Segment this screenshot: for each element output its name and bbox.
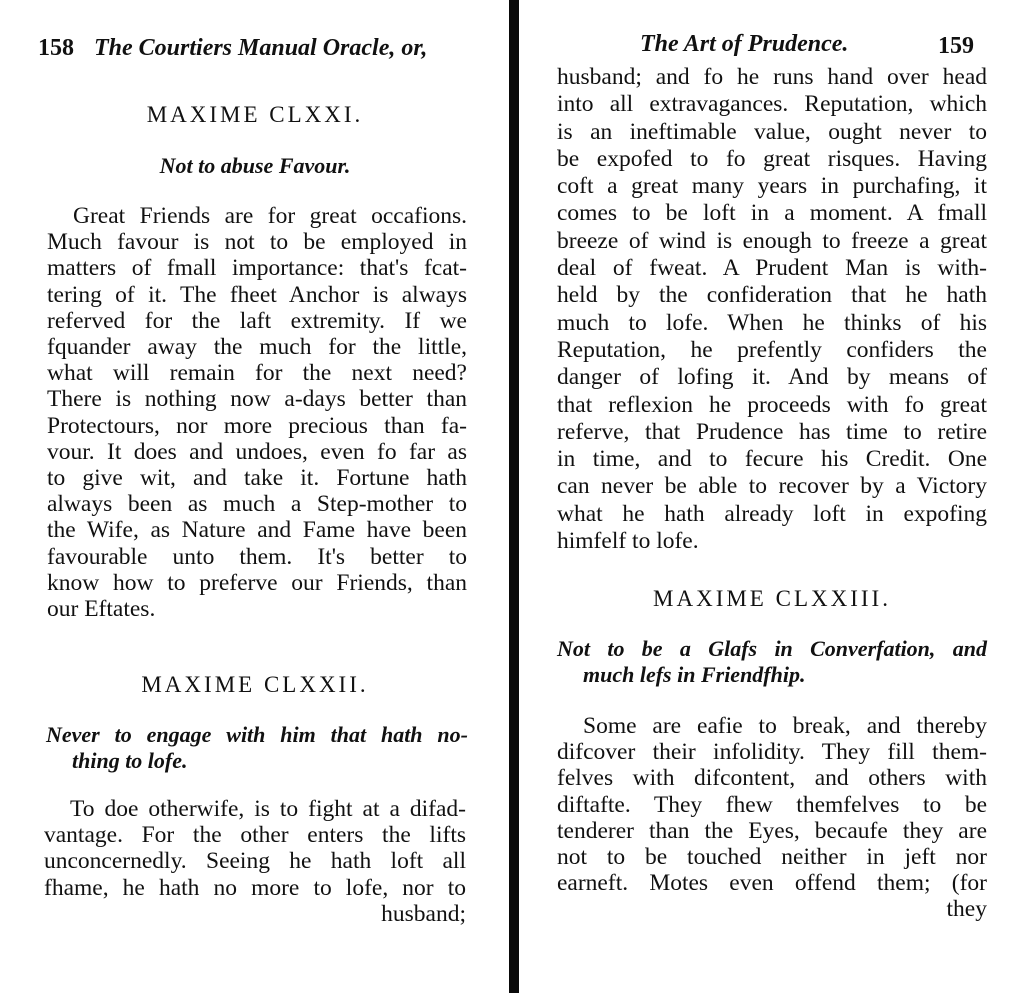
text-line: unconcernedly. Seeing he hath loft all <box>44 848 466 874</box>
text-line: to give wit, and take it. Fortune hath <box>47 465 467 491</box>
page-number-left: 158 <box>38 35 74 61</box>
text-line: not to be touched neither in jeft nor <box>557 844 987 870</box>
text-line: fhame, he hath no more to lofe, nor to <box>44 875 466 901</box>
text-line: vour. It does and undoes, even fo far as <box>47 439 467 465</box>
maxim-173-heading: MAXIME CLXXIII. <box>520 586 1024 612</box>
maxim-173-subtitle: Not to be a Glafs in Converfation, and m… <box>557 636 987 688</box>
maxim-172-body: To doe otherwife, is to fight at a difad… <box>44 796 466 927</box>
text-line: Some are eafie to break, and thereby <box>557 713 987 739</box>
text-line: the Wife, as Nature and Fame have been <box>47 517 467 543</box>
book-gutter <box>509 0 519 993</box>
running-title-right: The Art of Prudence. <box>640 31 848 57</box>
text-line: referve, that Prudence has time to retir… <box>557 419 987 446</box>
subtitle-line: thing to lofe. <box>46 748 468 774</box>
text-line: breeze of wind is enough to freeze a gre… <box>557 228 987 255</box>
text-line: danger of lofing it. And by means of <box>557 364 987 391</box>
text-line: fquander away the much for the little, <box>47 334 467 360</box>
text-line: be expofed to fo great risques. Having <box>557 146 987 173</box>
left-page: 158 The Courtiers Manual Oracle, or, MAX… <box>0 0 510 993</box>
text-line: held by the confideration that he hath <box>557 282 987 309</box>
text-line: comes to be loft in a moment. A fmall <box>557 200 987 227</box>
running-title-left: The Courtiers Manual Oracle, or, <box>94 35 427 61</box>
text-line: Reputation, he prefently confiders the <box>557 337 987 364</box>
text-line: is an ineftimable value, ought never to <box>557 119 987 146</box>
subtitle-line: Not to be a Glafs in Converfation, and <box>557 636 987 662</box>
right-page: The Art of Prudence. 159 husband; and fo… <box>520 0 1024 993</box>
maxim-172-subtitle: Never to engage with him that hath no- t… <box>46 722 468 774</box>
text-line: in time, and to fecure his Credit. One <box>557 446 987 473</box>
text-line: matters of fmall importance: that's fcat… <box>47 255 467 281</box>
text-line: what he hath already loft in expofing <box>557 501 987 528</box>
text-line: To doe otherwife, is to fight at a difad… <box>44 796 466 822</box>
text-line: husband; and fo he runs hand over head <box>557 64 987 91</box>
text-line: Great Friends are for great occafions. <box>47 203 467 229</box>
text-line: felves with difcontent, and others with <box>557 765 987 791</box>
text-line: favourable unto them. It's better to <box>47 544 467 570</box>
text-line: tering of it. The fheet Anchor is always <box>47 282 467 308</box>
maxim-171-body: Great Friends are for great occafions. M… <box>47 203 467 622</box>
text-line: that reflexion he proceeds with fo great <box>557 392 987 419</box>
text-line: vantage. For the other enters the lifts <box>44 822 466 848</box>
text-line: know how to preferve our Friends, than <box>47 570 467 596</box>
text-line: earneft. Motes even offend them; (for <box>557 870 987 896</box>
maxim-171-subtitle: Not to abuse Favour. <box>0 153 510 179</box>
text-line: much to lofe. When he thinks of his <box>557 310 987 337</box>
subtitle-line: much lefs in Friendfhip. <box>557 662 987 688</box>
text-line: coft a great many years in purchafing, i… <box>557 173 987 200</box>
catchword: husband; <box>44 901 466 927</box>
running-head-right: The Art of Prudence. <box>640 30 848 58</box>
text-line: always been as much a Step-mother to <box>47 491 467 517</box>
catchword: they <box>557 896 987 922</box>
text-line: what will remain for the next need? <box>47 360 467 386</box>
text-line: Protectours, nor more precious than fa- <box>47 413 467 439</box>
page-number-right-wrap: 159 <box>938 32 974 60</box>
text-line: diftafte. They fhew themfelves to be <box>557 792 987 818</box>
maxim-171-heading: MAXIME CLXXI. <box>0 102 510 128</box>
continued-body: husband; and fo he runs hand over head i… <box>557 64 987 555</box>
text-line: Much favour is not to be employed in <box>47 229 467 255</box>
text-line: difcover their infolidity. They fill the… <box>557 739 987 765</box>
text-line: can never be able to recover by a Victor… <box>557 473 987 500</box>
maxim-172-heading: MAXIME CLXXII. <box>0 672 510 698</box>
text-line: referved for the laft extremity. If we <box>47 308 467 334</box>
text-line: deal of fweat. A Prudent Man is with- <box>557 255 987 282</box>
page-number-right: 159 <box>938 33 974 59</box>
text-line: our Eftates. <box>47 596 467 622</box>
running-head-left: 158 The Courtiers Manual Oracle, or, <box>38 34 427 62</box>
text-line: There is nothing now a-days better than <box>47 386 467 412</box>
maxim-173-body: Some are eafie to break, and thereby dif… <box>557 713 987 923</box>
text-line: into all extravagances. Reputation, whic… <box>557 91 987 118</box>
text-line: himfelf to lofe. <box>557 528 987 555</box>
text-line: tenderer than the Eyes, becaufe they are <box>557 818 987 844</box>
subtitle-line: Never to engage with him that hath no- <box>46 722 468 748</box>
